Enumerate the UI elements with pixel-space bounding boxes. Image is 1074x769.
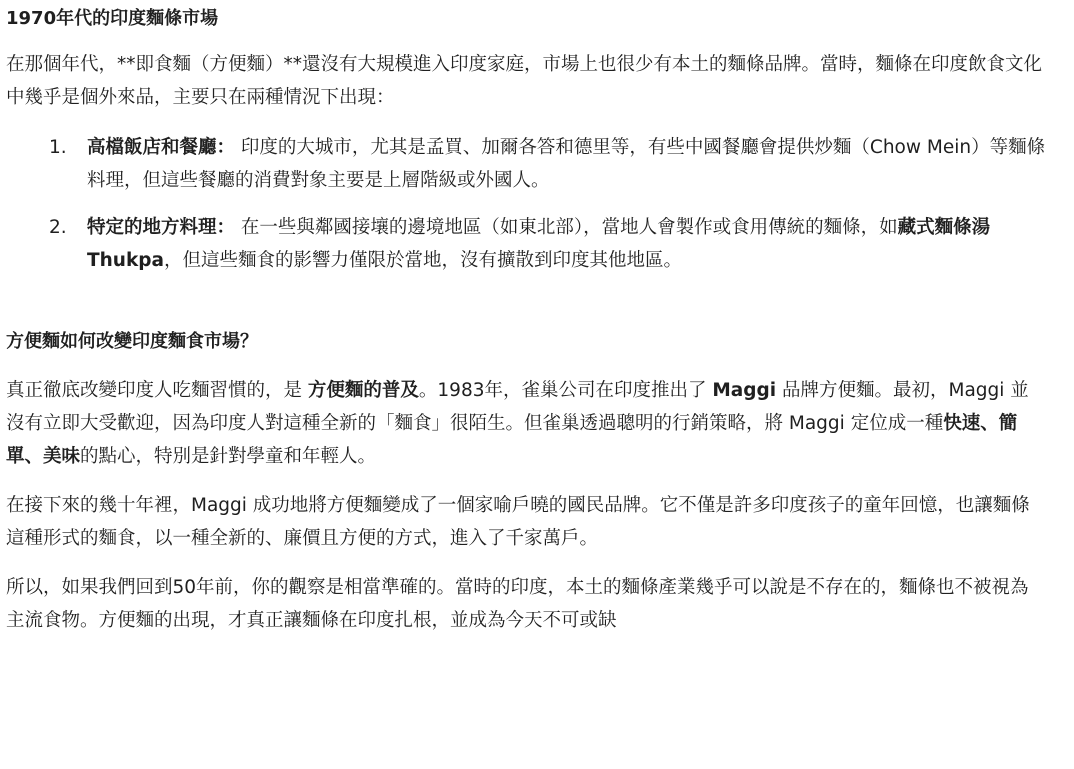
list-item-text: ，但這些麵食的影響力僅限於當地，沒有擴散到印度其他地區。 — [164, 250, 682, 271]
list-item-title: 高檔飯店和餐廳： — [87, 137, 235, 158]
maggi-paragraph: 真正徹底改變印度人吃麵習慣的，是 方便麵的普及。1983年，雀巢公司在印度推出了… — [6, 374, 1046, 473]
bold-term: 、 — [980, 413, 999, 434]
section-heading-1970s: 1970年代的印度麵條市場 — [6, 2, 218, 35]
section-heading-instant-noodles: 方便麵如何改變印度麵食市場？ — [6, 325, 258, 358]
list-number: 2. — [49, 211, 67, 244]
list-item: 1. 高檔飯店和餐廳： 印度的大城市，尤其是孟買、加爾各答和德里等，有些中國餐廳… — [6, 131, 1046, 197]
decades-paragraph: 在接下來的幾十年裡，Maggi 成功地將方便麵變成了一個家喻戶曉的國民品牌。它不… — [6, 489, 1046, 555]
intro-paragraph: 在那個年代，**即食麵（方便麵）**還沒有大規模進入印度家庭，市場上也很少有本土… — [6, 48, 1046, 114]
list-number: 1. — [49, 131, 67, 164]
list-item: 2. 特定的地方料理： 在一些與鄰國接壤的邊境地區（如東北部），當地人會製作或食… — [6, 211, 1046, 277]
text-span: 的點心，特別是針對學童和年輕人。 — [80, 446, 376, 467]
conclusion-paragraph: 所以，如果我們回到50年前，你的觀察是相當準確的。當時的印度，本土的麵條產業幾乎… — [6, 571, 1046, 637]
ordered-list: 1. 高檔飯店和餐廳： 印度的大城市，尤其是孟買、加爾各答和德里等，有些中國餐廳… — [6, 131, 1046, 291]
list-item-text: 在一些與鄰國接壤的邊境地區（如東北部），當地人會製作或食用傳統的麵條，如 — [235, 217, 898, 238]
text-span: 。1983年，雀巢公司在印度推出了 — [419, 380, 712, 401]
bold-term: 快速 — [943, 413, 980, 434]
bold-term: Maggi — [712, 380, 776, 401]
list-item-title: 特定的地方料理： — [87, 217, 235, 238]
text-span: 真正徹底改變印度人吃麵習慣的，是 — [6, 380, 308, 401]
bold-term: 美味 — [43, 446, 80, 467]
bold-term: 方便麵的普及 — [308, 380, 419, 401]
bold-term: 、 — [25, 446, 44, 467]
